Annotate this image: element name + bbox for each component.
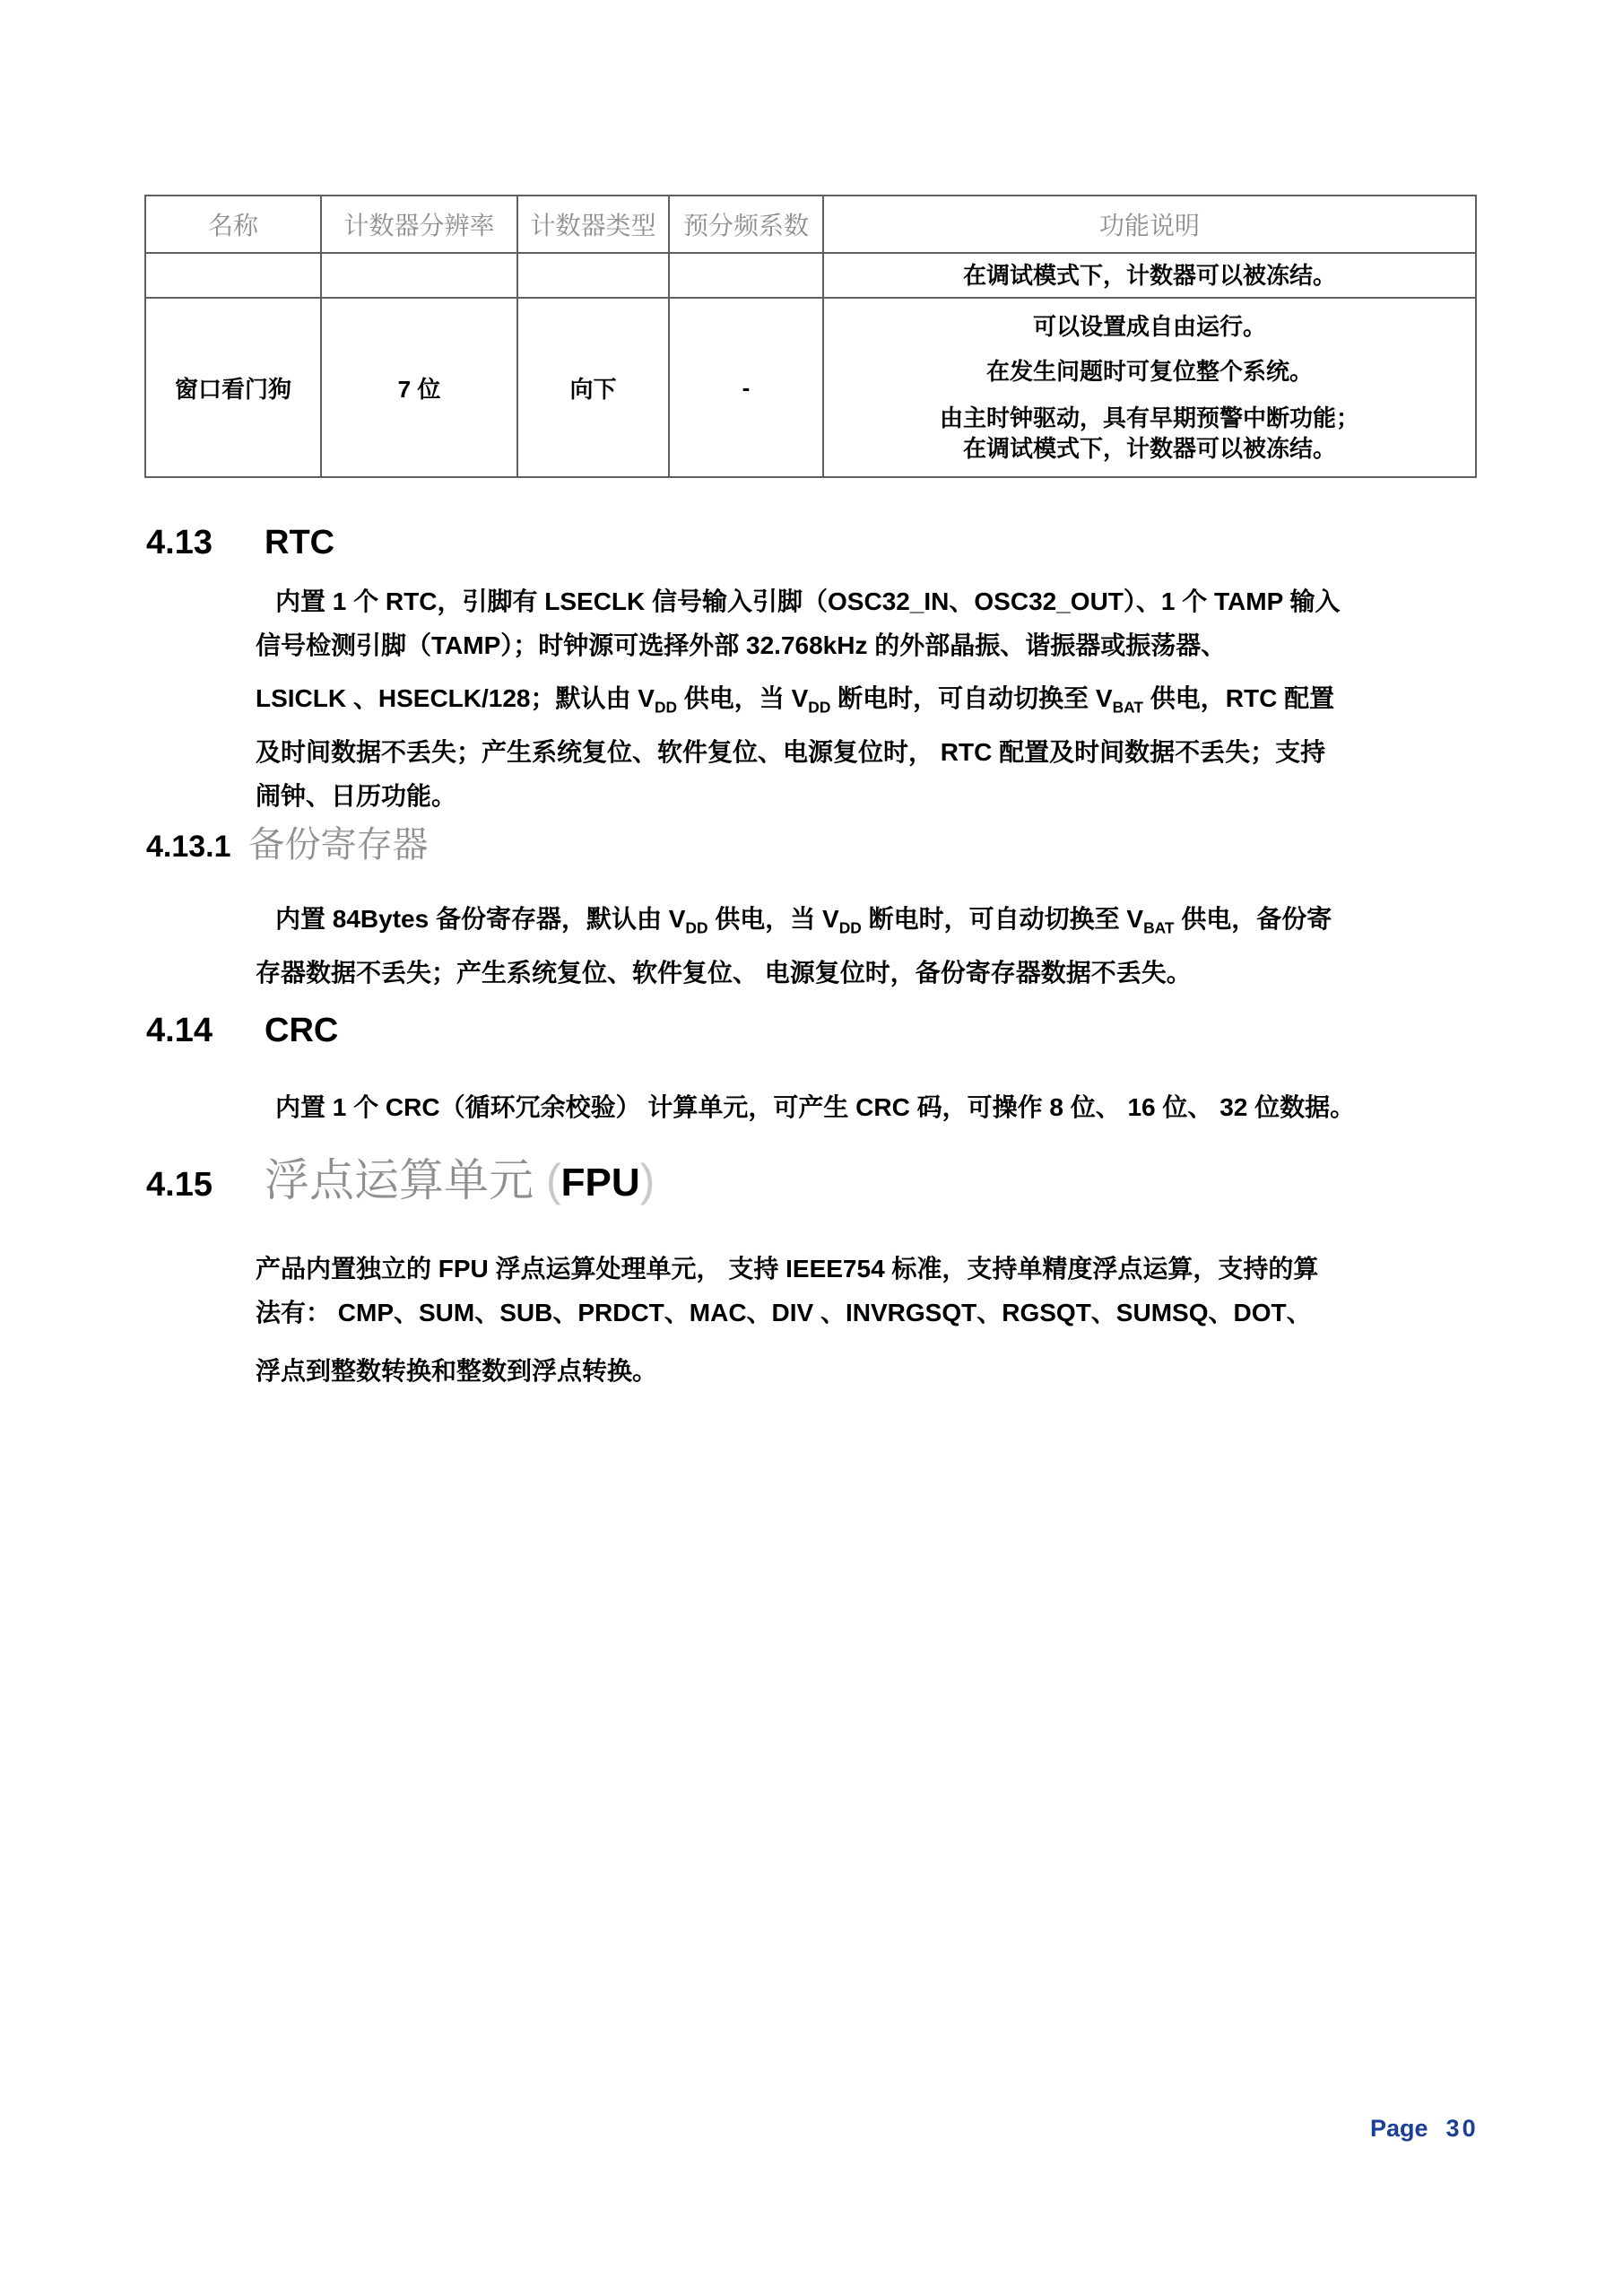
paragraph-line: 内置 1 个 RTC，引脚有 LSECLK 信号输入引脚（OSC32_IN、OS… [256,579,1502,623]
section-heading-rtc: 4.13 RTC [146,524,334,562]
paragraph-line: 内置 84Bytes 备份寄存器，默认由 VDD 供电，当 VDD 断电时，可自… [256,897,1502,951]
desc-line: 由主时钟驱动，具有早期预警中断功能； [824,403,1475,433]
section-title-acronym: FPU [561,1161,640,1205]
section-number: 4.14 [146,1012,265,1050]
section-title: CRC [265,1012,338,1050]
column-header-name: 名称 [145,196,321,253]
document-page: 名称 计数器分辨率 计数器类型 预分频系数 功能说明 在调试模式下，计数器可以被… [0,0,1623,2296]
paragraph-line: 存器数据不丢失；产生系统复位、软件复位、 电源复位时，备份寄存器数据不丢失。 [256,951,1502,995]
cell-prescaler [669,253,823,298]
section-number: 4.15 [146,1166,265,1205]
paragraph-line: 内置 1 个 CRC（循环冗余校验） 计算单元，可产生 CRC 码，可操作 8 … [256,1085,1502,1129]
column-header-resolution: 计数器分辨率 [321,196,517,253]
fpu-paragraph: 产品内置独立的 FPU 浮点运算处理单元， 支持 IEEE754 标准，支持单精… [256,1247,1502,1393]
desc-line: 在调试模式下，计数器可以被冻结。 [824,433,1475,464]
section-title: 备份寄存器 [249,816,429,867]
section-heading-fpu: 4.15 浮点运算单元 ( FPU ) [146,1144,655,1209]
column-header-prescaler: 预分频系数 [669,196,823,253]
paren-open: ( [546,1154,561,1206]
cell-function-desc: 可以设置成自由运行。 在发生问题时可复位整个系统。 由主时钟驱动，具有早期预警中… [823,298,1476,477]
paragraph-line: 信号检测引脚（TAMP）；时钟源可选择外部 32.768kHz 的外部晶振、谐振… [256,623,1502,667]
table-header-row: 名称 计数器分辨率 计数器类型 预分频系数 功能说明 [145,196,1476,253]
desc-line: 在调试模式下，计数器可以被冻结。 [824,260,1475,291]
paren-close: ) [640,1154,655,1206]
column-header-counter-type: 计数器类型 [517,196,669,253]
cell-name: 窗口看门狗 [145,298,321,477]
desc-line: 可以设置成自由运行。 [824,311,1475,342]
cell-prescaler: - [669,298,823,477]
paragraph-line: 浮点到整数转换和整数到浮点转换。 [256,1349,1502,1393]
page-number-value: 30 [1446,2115,1479,2142]
paragraph-line: LSICLK 、HSECLK/128；默认由 VDD 供电，当 VDD 断电时，… [256,676,1502,730]
page-label: Page [1370,2115,1428,2142]
section-heading-crc: 4.14 CRC [146,1012,338,1050]
page-number: Page30 [1370,2115,1479,2143]
paragraph-line: 产品内置独立的 FPU 浮点运算处理单元， 支持 IEEE754 标准，支持单精… [256,1247,1502,1291]
section-title: 浮点运算单元 [265,1144,534,1209]
desc-line: 在发生问题时可复位整个系统。 [824,356,1475,387]
section-number: 4.13.1 [146,830,231,865]
cell-counter-type: 向下 [517,298,669,477]
cell-resolution [321,253,517,298]
crc-paragraph: 内置 1 个 CRC（循环冗余校验） 计算单元，可产生 CRC 码，可操作 8 … [256,1085,1502,1129]
paragraph-line: 及时间数据不丢失；产生系统复位、软件复位、电源复位时， RTC 配置及时间数据不… [256,730,1502,774]
table-row: 窗口看门狗 7 位 向下 - 可以设置成自由运行。 在发生问题时可复位整个系统。… [145,298,1476,477]
section-title: RTC [265,524,334,562]
backup-paragraph: 内置 84Bytes 备份寄存器，默认由 VDD 供电，当 VDD 断电时，可自… [256,897,1502,995]
column-header-function-desc: 功能说明 [823,196,1476,253]
section-number: 4.13 [146,524,265,562]
paragraph-line: 法有： CMP、SUM、SUB、PRDCT、MAC、DIV 、INVRGSQT、… [256,1291,1502,1335]
cell-function-desc: 在调试模式下，计数器可以被冻结。 [823,253,1476,298]
table-row: 在调试模式下，计数器可以被冻结。 [145,253,1476,298]
cell-resolution: 7 位 [321,298,517,477]
paragraph-line: 闹钟、日历功能。 [256,774,1502,818]
rtc-paragraph: 内置 1 个 RTC，引脚有 LSECLK 信号输入引脚（OSC32_IN、OS… [256,579,1502,818]
cell-counter-type [517,253,669,298]
section-heading-backup-registers: 4.13.1 备份寄存器 [146,816,429,867]
watchdog-feature-table: 名称 计数器分辨率 计数器类型 预分频系数 功能说明 在调试模式下，计数器可以被… [144,195,1477,478]
cell-name [145,253,321,298]
